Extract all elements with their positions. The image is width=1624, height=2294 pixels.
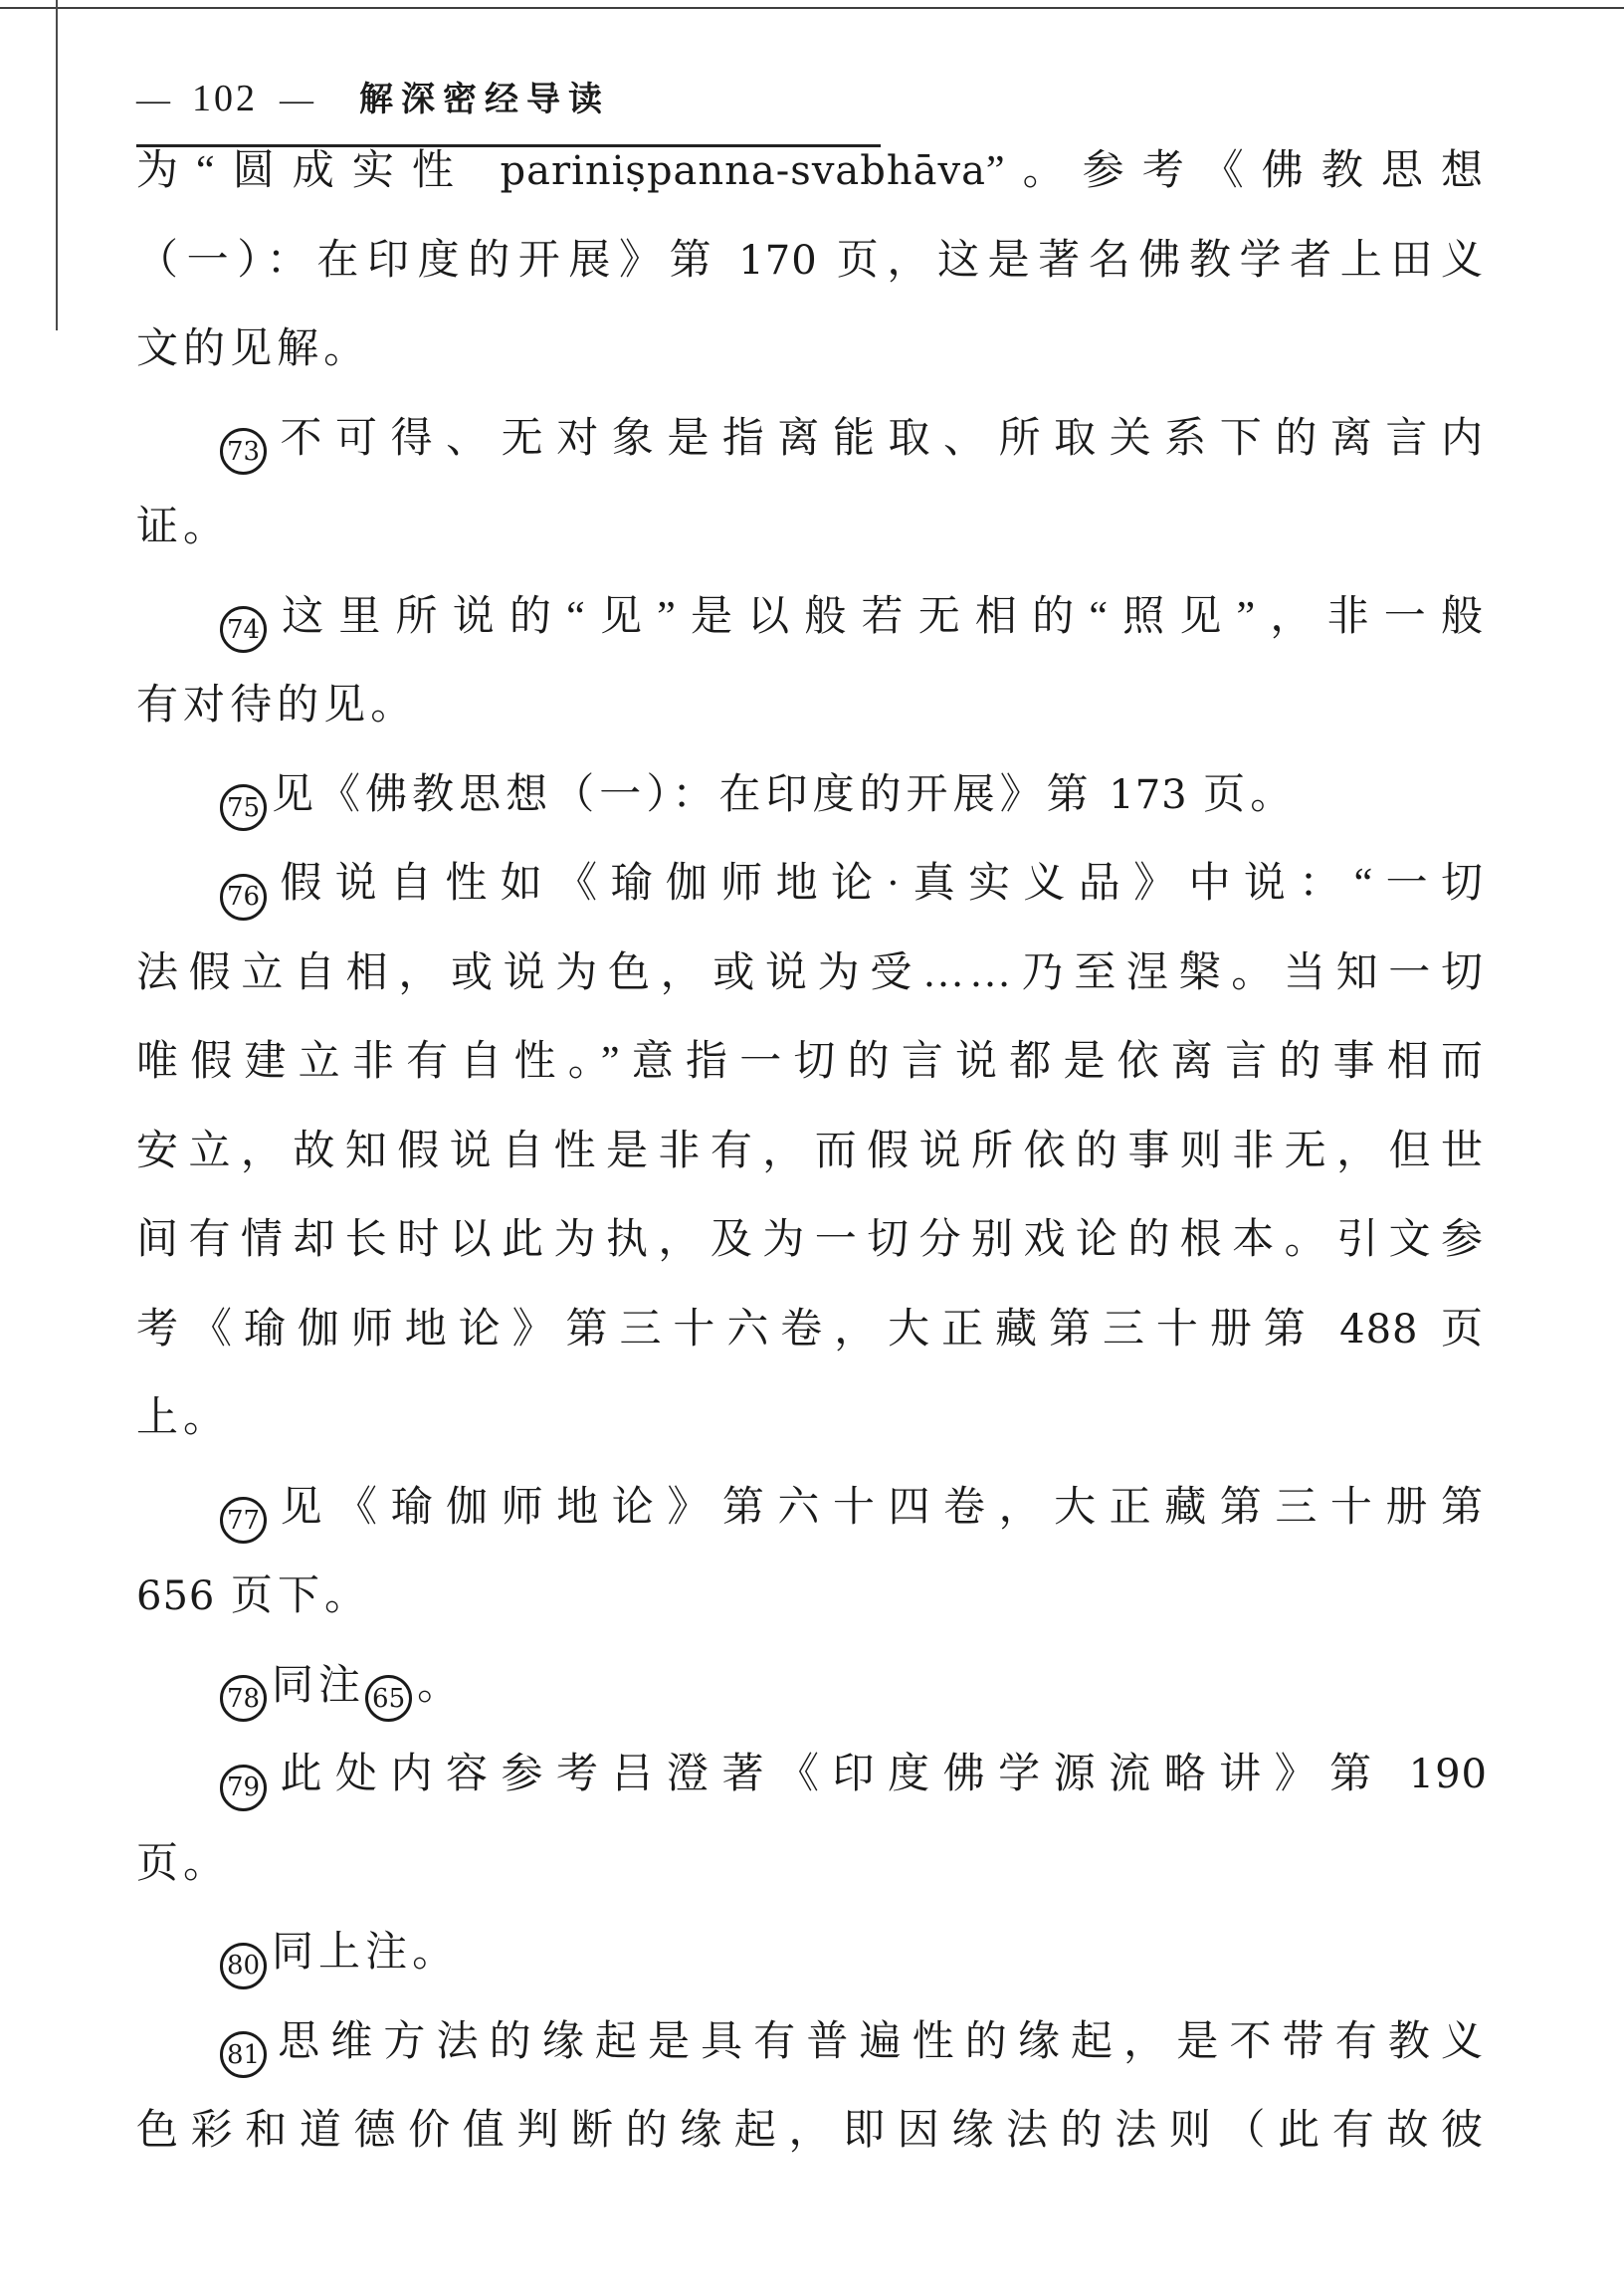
text-line: 考《瑜伽师地论》第三十六卷，大正藏第三十册第 488 页	[136, 1286, 1488, 1375]
text-line: 80同上注。	[136, 1909, 1488, 1998]
scan-artifact-top-edge	[0, 7, 1624, 9]
cjk-text: 色彩和道德价值判断的缘起，即因缘法的法则（此有故彼	[136, 2108, 1488, 2154]
text-line: 76假说自性如《瑜伽师地论·真实义品》中说：“一切	[136, 840, 1488, 930]
circled-note-number: 65	[365, 1675, 412, 1722]
cjk-text: 唯假建立非有自性。”意指一切的言说都是依离言的事相而	[136, 1039, 1488, 1085]
latin-text: 173	[1109, 772, 1187, 818]
text-line: （一）：在印度的开展》第 170 页，这是著名佛教学者上田义	[136, 217, 1488, 307]
text-line: 间有情却长时以此为执，及为一切分别戏论的根本。引文参	[136, 1196, 1488, 1286]
cjk-text: 页。	[136, 1841, 230, 1887]
latin-text: 170	[738, 238, 817, 284]
circled-note-number: 80	[220, 1943, 267, 1989]
header-dash-left: —	[136, 82, 170, 119]
text-line: 安立，故知假说自性是非有，而假说所依的事则非无，但世	[136, 1108, 1488, 1197]
text-line: 81思维方法的缘起是具有普遍性的缘起，是不带有教义	[136, 1998, 1488, 2088]
text-line: 法假立自相，或说为色，或说为受……乃至涅槃。当知一切	[136, 930, 1488, 1019]
text-line: 为“圆成实性 pariniṣpanna-svabhāva”。参考《佛教思想	[136, 127, 1488, 217]
text-body: 为“圆成实性 pariniṣpanna-svabhāva”。参考《佛教思想（一）…	[136, 127, 1488, 2177]
latin-text: 488	[1339, 1307, 1418, 1353]
circled-note-number: 78	[220, 1675, 267, 1722]
latin-text: 190	[1409, 1752, 1488, 1797]
cjk-text: 文的见解。	[136, 326, 370, 372]
cjk-text: 页。	[1188, 772, 1298, 818]
text-line: 证。	[136, 484, 1488, 573]
text-line: 页。	[136, 1820, 1488, 1910]
scan-artifact-left-edge	[56, 0, 58, 330]
text-line: 上。	[136, 1374, 1488, 1464]
circled-note-number: 81	[220, 2031, 267, 2078]
cjk-text: 安立，故知假说自性是非有，而假说所依的事则非无，但世	[136, 1129, 1488, 1174]
text-line: 656 页下。	[136, 1553, 1488, 1642]
latin-text: 656	[136, 1573, 215, 1619]
cjk-text: 考《瑜伽师地论》第三十六卷，大正藏第三十册第	[136, 1307, 1339, 1353]
cjk-text: 此处内容参考吕澄著《印度佛学源流略讲》第	[272, 1752, 1409, 1797]
cjk-text: 页下。	[215, 1573, 371, 1619]
cjk-text: 证。	[136, 505, 230, 550]
text-line: 73不可得、无对象是指离能取、所取关系下的离言内	[136, 395, 1488, 485]
text-line: 文的见解。	[136, 306, 1488, 395]
cjk-text: 为“圆成实性	[136, 148, 501, 194]
cjk-text: ”。参考《佛教思想	[986, 148, 1488, 194]
cjk-text: 页，这是著名佛教学者上田义	[818, 238, 1488, 284]
cjk-text: 不可得、无对象是指离能取、所取关系下的离言内	[272, 416, 1488, 462]
cjk-text: 同上注。	[272, 1930, 459, 1976]
cjk-text: 法假立自相，或说为色，或说为受……乃至涅槃。当知一切	[136, 950, 1488, 996]
circled-note-number: 77	[220, 1497, 267, 1544]
cjk-text: 。	[417, 1663, 464, 1709]
cjk-text: 页	[1419, 1307, 1488, 1353]
text-line: 78同注65。	[136, 1642, 1488, 1732]
header-dash-right: —	[280, 82, 313, 119]
cjk-text: 上。	[136, 1395, 230, 1441]
cjk-text: 假说自性如《瑜伽师地论·真实义品》中说：“一切	[272, 861, 1488, 907]
circled-note-number: 75	[220, 784, 267, 831]
scanned-book-page: — 102 — 解深密经导读 为“圆成实性 pariniṣpanna-svabh…	[0, 0, 1624, 2294]
cjk-text: 同注	[272, 1663, 365, 1709]
latin-text: pariniṣpanna-svabhāva	[501, 148, 986, 194]
cjk-text: （一）：在印度的开展》第	[136, 238, 738, 284]
book-title: 解深密经导读	[359, 72, 610, 120]
text-line: 75见《佛教思想（一）：在印度的开展》第 173 页。	[136, 751, 1488, 841]
text-line: 有对待的见。	[136, 662, 1488, 751]
text-line: 唯假建立非有自性。”意指一切的言说都是依离言的事相而	[136, 1018, 1488, 1108]
cjk-text: 有对待的见。	[136, 683, 417, 729]
circled-note-number: 74	[220, 606, 267, 653]
text-line: 77见《瑜伽师地论》第六十四卷，大正藏第三十册第	[136, 1464, 1488, 1554]
cjk-text: 见《佛教思想（一）：在印度的开展》第	[272, 772, 1109, 818]
text-line: 色彩和道德价值判断的缘起，即因缘法的法则（此有故彼	[136, 2087, 1488, 2177]
text-line: 79此处内容参考吕澄著《印度佛学源流略讲》第 190	[136, 1731, 1488, 1820]
circled-note-number: 79	[220, 1765, 267, 1811]
page-number: 102	[192, 77, 258, 120]
circled-note-number: 73	[220, 428, 267, 475]
cjk-text: 间有情却长时以此为执，及为一切分别戏论的根本。引文参	[136, 1217, 1488, 1263]
cjk-text: 这里所说的“见”是以般若无相的“照见”，非一般	[272, 594, 1488, 640]
cjk-text: 思维方法的缘起是具有普遍性的缘起，是不带有教义	[272, 2019, 1488, 2065]
circled-note-number: 76	[220, 874, 267, 921]
cjk-text: 见《瑜伽师地论》第六十四卷，大正藏第三十册第	[272, 1485, 1488, 1531]
text-line: 74这里所说的“见”是以般若无相的“照见”，非一般	[136, 573, 1488, 663]
